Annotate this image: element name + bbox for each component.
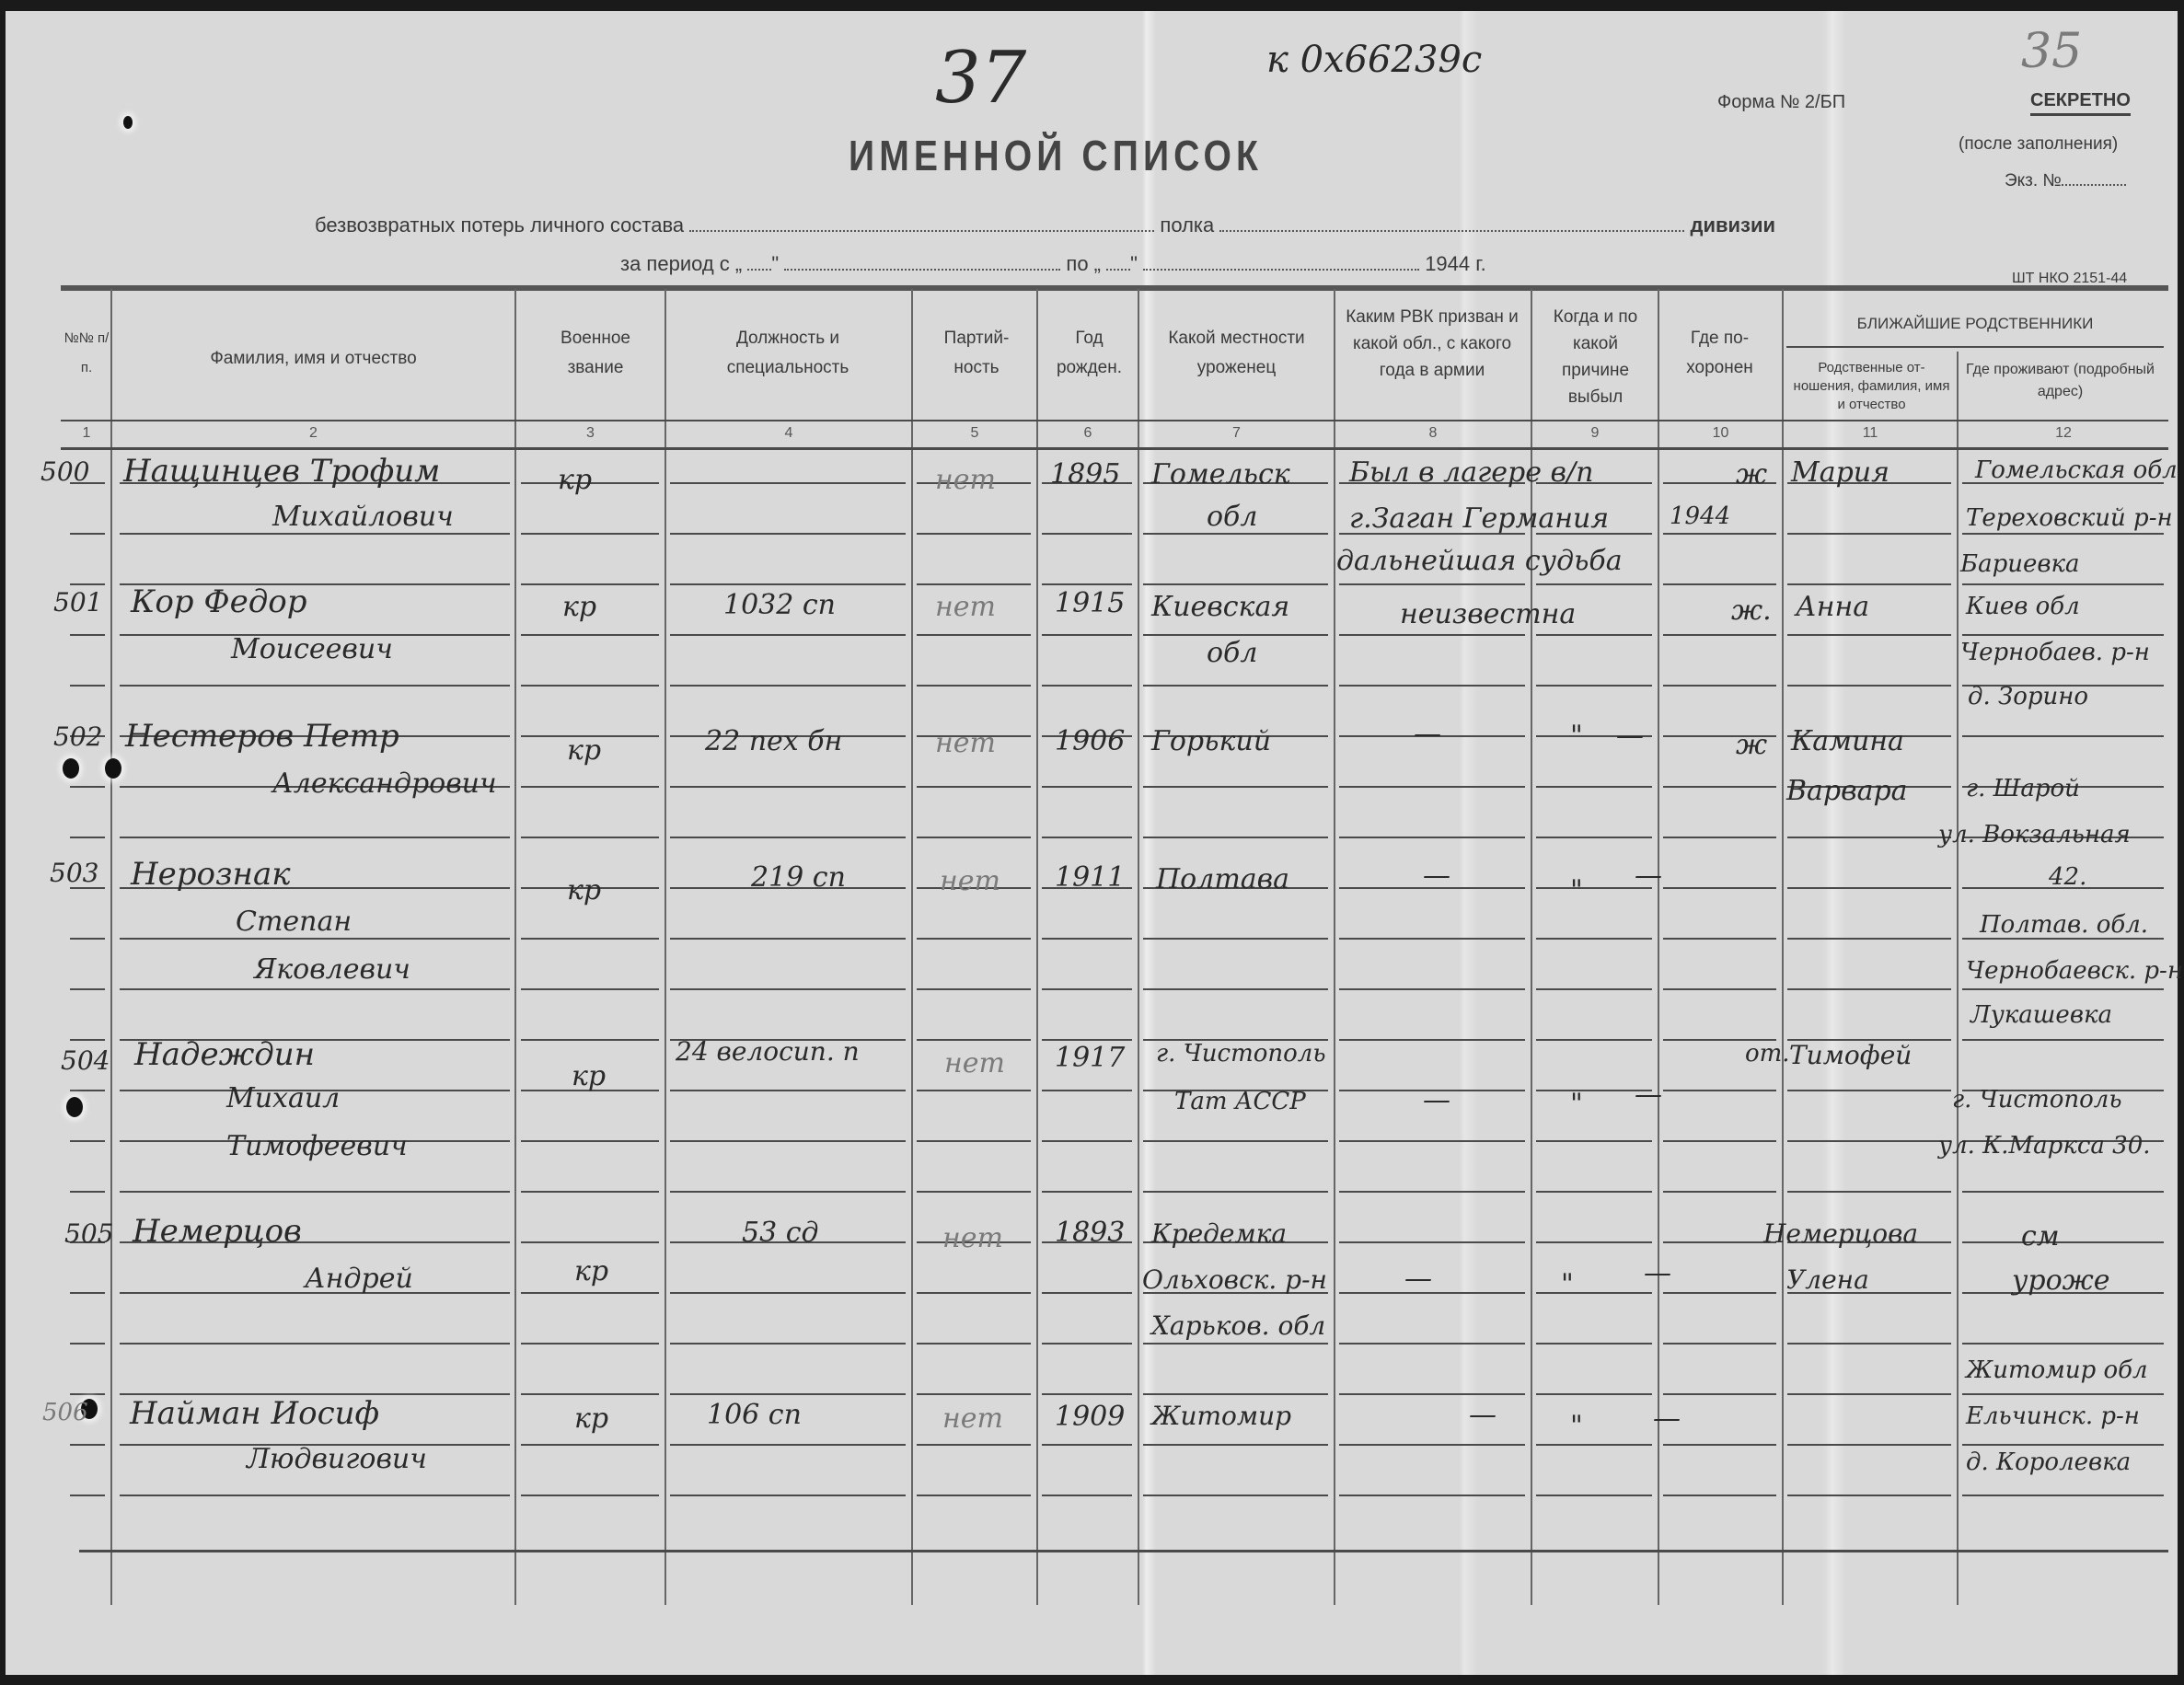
ruled-line xyxy=(917,1343,1031,1345)
ruled-line xyxy=(1536,1495,1652,1496)
ruled-line xyxy=(1042,837,1132,838)
row-patronymic: Александрович xyxy=(272,767,497,800)
ruled-line xyxy=(521,1495,659,1496)
col-header-11: Родственные от-ношения, фамилия, имя и о… xyxy=(1791,359,1952,414)
col-num-12: 12 xyxy=(1959,425,2168,442)
ruled-line xyxy=(1143,685,1328,687)
row-party: нет xyxy=(940,865,1000,897)
row-position: 53 сд xyxy=(742,1217,819,1249)
row-name: Найман Иосиф xyxy=(130,1395,379,1432)
relatives-group-header: БЛИЖАЙШИЕ РОДСТВЕННИКИ xyxy=(1786,309,2164,339)
row-relative-name: Тимофей xyxy=(1789,1040,1912,1070)
period-to-label: по „ xyxy=(1066,252,1101,275)
row-address: Чернобаев. р-н xyxy=(1960,639,2150,666)
row-rvk: — xyxy=(1414,718,1441,750)
row-address: д. Зорино xyxy=(1968,683,2088,710)
row-patronymic: Степан xyxy=(236,906,352,938)
ruled-line xyxy=(917,786,1031,788)
col-header-9: Когда и по какой причине выбыл xyxy=(1538,304,1653,410)
row-number: 503 xyxy=(50,858,98,888)
row-relation: ж xyxy=(1736,729,1767,761)
row-relation: ж xyxy=(1736,458,1767,490)
col-divider xyxy=(1334,289,1335,1605)
ruled-line xyxy=(1042,1444,1132,1446)
ruled-line xyxy=(1143,837,1328,838)
col-header-6: Год рожден. xyxy=(1046,324,1133,383)
row-address: уроже xyxy=(2012,1264,2110,1297)
col-header-5: Партий-ность xyxy=(926,324,1027,383)
ruled-line xyxy=(1787,583,1951,585)
ruled-line xyxy=(1339,1191,1525,1193)
ruled-line xyxy=(1962,1191,2164,1193)
ruled-line xyxy=(1143,786,1328,788)
ruled-line xyxy=(120,1191,510,1193)
row-address: Чернобаевск. р-н xyxy=(1966,957,2183,985)
ruled-line xyxy=(1962,1495,2164,1496)
row-birthplace: Житомир xyxy=(1151,1401,1291,1431)
row-address: Киев обл xyxy=(1966,593,2080,620)
row-birth-year: 1915 xyxy=(1055,587,1125,619)
ruled-line xyxy=(1536,1241,1652,1243)
ruled-line xyxy=(1787,533,1951,535)
ruled-line xyxy=(70,988,105,990)
ruled-line xyxy=(1962,533,2164,535)
ruled-line xyxy=(1787,1140,1951,1142)
col-divider xyxy=(664,289,666,1605)
ruled-line xyxy=(521,1393,659,1395)
row-when: " xyxy=(1570,1410,1583,1442)
ruled-line xyxy=(70,685,105,687)
row-relative-name: Камина xyxy=(1791,725,1904,757)
ruled-line xyxy=(1663,634,1776,636)
row-address: д. Королевка xyxy=(1966,1448,2131,1476)
ruled-line xyxy=(1663,1343,1776,1345)
ruled-line xyxy=(521,1191,659,1193)
ruled-line xyxy=(917,1090,1031,1091)
ruled-line xyxy=(1339,786,1525,788)
unit-field[interactable] xyxy=(689,230,1154,232)
archive-number-handwritten: 37 xyxy=(935,37,1026,120)
ruled-line xyxy=(1536,1444,1652,1446)
ruled-line xyxy=(1536,1039,1652,1041)
row-birthplace: Киевская xyxy=(1151,591,1289,623)
ruled-line xyxy=(917,583,1031,585)
punch-hole xyxy=(63,758,79,779)
regiment-label: полка xyxy=(1160,214,1214,237)
ruled-line xyxy=(1787,685,1951,687)
ruled-line xyxy=(1143,634,1328,636)
row-relative-name: Варвара xyxy=(1786,775,1908,807)
row-position: 22 пех бн xyxy=(705,725,842,757)
header-bottom-rule xyxy=(61,447,2168,450)
ruled-line xyxy=(1962,1343,2164,1345)
ruled-line xyxy=(670,583,906,585)
header-rule xyxy=(61,420,2168,421)
row-name: Кор Федор xyxy=(131,583,306,620)
ruled-line xyxy=(1536,786,1652,788)
division-label: дивизии xyxy=(1691,214,1776,237)
ruled-line xyxy=(521,1241,659,1243)
period-year: 1944 г. xyxy=(1425,252,1486,275)
ruled-line xyxy=(1536,938,1652,940)
ruled-line xyxy=(670,837,906,838)
ruled-line xyxy=(917,634,1031,636)
ruled-line xyxy=(670,1191,906,1193)
ruled-line xyxy=(1143,1343,1328,1345)
ruled-line xyxy=(1339,1495,1525,1496)
ruled-line xyxy=(1339,634,1525,636)
ruled-line xyxy=(1042,1140,1132,1142)
row-when: " xyxy=(1570,720,1583,752)
ruled-line xyxy=(521,634,659,636)
ruled-line xyxy=(1536,1140,1652,1142)
ruled-line xyxy=(1663,887,1776,889)
ruled-line xyxy=(1787,837,1951,838)
row-address: г. Шарой xyxy=(1966,775,2080,802)
ruled-line xyxy=(1962,1241,2164,1243)
relatives-group-rule xyxy=(1786,346,2164,348)
row-number: 500 xyxy=(40,456,89,487)
row-number: 506 xyxy=(42,1399,88,1426)
ruled-line xyxy=(1962,988,2164,990)
row-rvk: — xyxy=(1404,1263,1432,1295)
ruled-line xyxy=(1339,938,1525,940)
ruled-line xyxy=(521,786,659,788)
punch-hole xyxy=(66,1097,83,1117)
row-name: Нерознак xyxy=(131,856,291,893)
table-bottom-rule xyxy=(79,1550,2168,1552)
ruled-line xyxy=(1663,988,1776,990)
ruled-line xyxy=(670,1444,906,1446)
row-position: 1032 сп xyxy=(723,589,836,621)
row-when: " xyxy=(1570,874,1583,906)
ruled-line xyxy=(120,837,510,838)
ruled-line xyxy=(120,1495,510,1496)
row-rvk: — xyxy=(1423,1084,1450,1116)
ruled-line xyxy=(1042,1292,1132,1294)
ruled-line xyxy=(521,1292,659,1294)
punch-hole xyxy=(105,758,121,779)
copy-label: Экз. № xyxy=(2005,171,2126,191)
ruled-line xyxy=(1042,1343,1132,1345)
row-buried: — xyxy=(1644,1257,1671,1289)
row-name: Нащинцев Трофим xyxy=(123,453,440,490)
ruled-line xyxy=(1536,634,1652,636)
row-address: г. Чистополь xyxy=(1952,1086,2122,1114)
ruled-line xyxy=(521,1039,659,1041)
page-title: ИМЕННОЙ СПИСОК xyxy=(849,131,1263,180)
ruled-line xyxy=(70,837,105,838)
ruled-line xyxy=(1663,1191,1776,1193)
ruled-line xyxy=(1787,1343,1951,1345)
row-relative-name: Улена xyxy=(1786,1264,1869,1295)
ruled-line xyxy=(1536,685,1652,687)
row-relation: от. xyxy=(1745,1040,1790,1068)
row-rank: кр xyxy=(558,464,592,496)
ruled-line xyxy=(521,583,659,585)
ruled-line xyxy=(917,1191,1031,1193)
ruled-line xyxy=(1536,1191,1652,1193)
col-divider xyxy=(1782,289,1784,1605)
row-position: 219 сп xyxy=(751,861,846,894)
ruled-line xyxy=(1663,1393,1776,1395)
ruled-line xyxy=(1787,938,1951,940)
ruled-line xyxy=(1787,1191,1951,1193)
row-address: см xyxy=(2021,1220,2060,1252)
ruled-line xyxy=(521,685,659,687)
ruled-line xyxy=(1042,1393,1132,1395)
ruled-line xyxy=(670,1343,906,1345)
subtitle-losses-label: безвозвратных потерь личного состава xyxy=(315,214,684,237)
ruled-line xyxy=(917,1292,1031,1294)
row-address: Ельчинск. р-н xyxy=(1966,1402,2140,1430)
row-relation: ж. xyxy=(1731,594,1772,627)
ruled-line xyxy=(670,988,906,990)
row-party: нет xyxy=(942,1222,1003,1254)
ruled-line xyxy=(1143,583,1328,585)
secrecy-note: (после заполнения) xyxy=(1959,134,2118,155)
ruled-line xyxy=(1042,685,1132,687)
period-from-day-field[interactable] xyxy=(747,269,771,271)
period-to-day-field[interactable] xyxy=(1106,269,1130,271)
regiment-field[interactable] xyxy=(1219,230,1684,232)
row-relative-name: Анна xyxy=(1796,591,1869,623)
ruled-line xyxy=(670,1495,906,1496)
ruled-line xyxy=(1663,1241,1776,1243)
ruled-line xyxy=(1663,1090,1776,1091)
subtitle-row: безвозвратных потерь личного состава пол… xyxy=(315,214,1775,237)
row-birth-year: 1917 xyxy=(1055,1042,1125,1074)
ruled-line xyxy=(1962,634,2164,636)
ruled-line xyxy=(1143,533,1328,535)
ruled-line xyxy=(1042,786,1132,788)
row-rank: кр xyxy=(567,734,601,767)
ruled-line xyxy=(1042,938,1132,940)
ruled-line xyxy=(1663,1444,1776,1446)
ruled-line xyxy=(1536,1292,1652,1294)
form-label: Форма № 2/БП xyxy=(1717,92,1845,113)
col-header-1: №№ п/п. xyxy=(63,324,110,383)
row-rvk: — xyxy=(1469,1399,1496,1431)
table-top-rule xyxy=(61,285,2168,291)
ruled-line xyxy=(1339,1140,1525,1142)
ruled-line xyxy=(1962,735,2164,737)
row-rank: кр xyxy=(574,1255,608,1287)
ruled-line xyxy=(70,1393,105,1395)
row-patronymic: Людвигович xyxy=(247,1443,427,1475)
row-patronymic: Андрей xyxy=(305,1263,413,1295)
document-sheet: 37 к 0х66239с 35 Форма № 2/БП СЕКРЕТНО (… xyxy=(6,11,2178,1675)
row-buried: — xyxy=(1653,1402,1681,1435)
ruled-line xyxy=(1143,1191,1328,1193)
ruled-line xyxy=(917,988,1031,990)
ruled-line xyxy=(1339,1292,1525,1294)
ruled-line xyxy=(70,938,105,940)
ruled-line xyxy=(521,533,659,535)
page-number-handwritten: 35 xyxy=(2021,24,2082,79)
row-birthplace: обл xyxy=(1207,637,1257,669)
row-birth-year: 1893 xyxy=(1055,1217,1125,1249)
ruled-line xyxy=(1339,685,1525,687)
ruled-line xyxy=(917,1039,1031,1041)
row-party: нет xyxy=(944,1047,1005,1079)
row-address: 42. xyxy=(2049,863,2086,891)
row-address: Полтав. обл. xyxy=(1980,911,2148,939)
ruled-line xyxy=(1042,1090,1132,1091)
ruled-line xyxy=(917,1140,1031,1142)
col-num-11: 11 xyxy=(1784,425,1957,442)
row-patronymic: Михайлович xyxy=(272,501,454,533)
ruled-line xyxy=(1663,786,1776,788)
ruled-line xyxy=(70,583,105,585)
ruled-line xyxy=(670,1140,906,1142)
col-num-9: 9 xyxy=(1532,425,1658,442)
row-when-year: 1944 xyxy=(1670,502,1730,530)
ruled-line xyxy=(120,533,510,535)
ruled-line xyxy=(670,786,906,788)
row-address: Житомир обл xyxy=(1966,1356,2148,1384)
ruled-line xyxy=(1536,837,1652,838)
ruled-line xyxy=(670,1393,906,1395)
col-num-10: 10 xyxy=(1659,425,1782,442)
row-buried: — xyxy=(1616,720,1644,752)
row-birthplace: Гомельск xyxy=(1151,458,1290,490)
ruled-line xyxy=(70,1140,105,1142)
ruled-line xyxy=(1787,887,1951,889)
ruled-line xyxy=(1042,1039,1132,1041)
ruled-line xyxy=(1663,1292,1776,1294)
row-relative-name: Немерцова xyxy=(1763,1218,1918,1249)
ruled-line xyxy=(521,837,659,838)
ruled-line xyxy=(1042,533,1132,535)
ruled-line xyxy=(1787,1495,1951,1496)
row-number: 501 xyxy=(53,587,102,617)
ruled-line xyxy=(1962,1444,2164,1446)
ruled-line xyxy=(521,1444,659,1446)
col-header-8: Каким РВК призван и какой обл., с какого… xyxy=(1340,304,1524,384)
row-rvk-note: г.Заган Германия xyxy=(1349,502,1609,535)
row-patronymic: Тимофеевич xyxy=(226,1130,408,1162)
row-birthplace: Тат АССР xyxy=(1174,1088,1306,1115)
ruled-line xyxy=(1663,1140,1776,1142)
ruled-line xyxy=(670,938,906,940)
row-patronymic: Михаил xyxy=(226,1082,340,1114)
ruled-line xyxy=(1042,634,1132,636)
ruled-line xyxy=(521,1343,659,1345)
row-when: " xyxy=(1561,1268,1574,1300)
col-num-2: 2 xyxy=(112,425,514,442)
row-address: ул. Вокзальная xyxy=(1938,821,2131,848)
ruled-line xyxy=(670,685,906,687)
col-num-6: 6 xyxy=(1038,425,1138,442)
copy-number-field[interactable] xyxy=(2062,184,2126,186)
row-birth-year: 1911 xyxy=(1055,861,1125,894)
row-number: 504 xyxy=(61,1045,110,1076)
ruled-line xyxy=(1143,988,1328,990)
row-name: Немерцов xyxy=(133,1213,302,1250)
ruled-line xyxy=(120,685,510,687)
ruled-line xyxy=(917,1393,1031,1395)
col-header-12: Где проживают (подробный адрес) xyxy=(1961,359,2159,403)
ruled-line xyxy=(1339,1343,1525,1345)
row-rvk-note: Был в лагере в/п xyxy=(1349,456,1593,489)
ruled-line xyxy=(1536,1393,1652,1395)
ruled-line xyxy=(1962,1039,2164,1041)
row-address: ул. К.Маркса 30. xyxy=(1938,1132,2151,1160)
col-num-1: 1 xyxy=(63,425,110,442)
row-patronymic: Моисеевич xyxy=(231,633,393,665)
row-birth-year: 1909 xyxy=(1055,1401,1125,1433)
ruled-line xyxy=(670,482,906,484)
ruled-line xyxy=(1042,583,1132,585)
row-address: Лукашевка xyxy=(1970,1001,2112,1029)
col-num-3: 3 xyxy=(516,425,664,442)
ruled-line xyxy=(1787,1090,1951,1091)
row-address: Бариевка xyxy=(1960,550,2080,578)
row-birthplace: Горький xyxy=(1151,725,1271,757)
ruled-line xyxy=(70,1039,105,1041)
col-header-2: Фамилия, имя и отчество xyxy=(112,344,514,374)
ruled-line xyxy=(1663,1495,1776,1496)
row-when: " xyxy=(1570,1088,1583,1120)
col-divider xyxy=(1957,352,1959,1605)
ruled-line xyxy=(1143,1393,1328,1395)
col-divider xyxy=(110,289,112,1605)
ruled-line xyxy=(1663,938,1776,940)
row-birth-year: 1895 xyxy=(1050,458,1120,490)
row-party: нет xyxy=(935,591,996,623)
ruled-line xyxy=(1536,988,1652,990)
ruled-line xyxy=(1042,1495,1132,1496)
ruled-line xyxy=(1536,1343,1652,1345)
ruled-line xyxy=(70,533,105,535)
archive-code-handwritten: к 0х66239с xyxy=(1266,39,1482,81)
ruled-line xyxy=(917,938,1031,940)
row-party: нет xyxy=(935,727,996,759)
row-number: 505 xyxy=(64,1218,113,1249)
ruled-line xyxy=(1787,634,1951,636)
period-to-month-field[interactable] xyxy=(1143,269,1419,271)
ruled-line xyxy=(917,837,1031,838)
row-birth-year: 1906 xyxy=(1055,725,1125,757)
row-number: 502 xyxy=(53,721,102,752)
row-address: Гомельская обл xyxy=(1975,456,2178,484)
row-buried: — xyxy=(1635,860,1662,892)
ruled-line xyxy=(120,988,510,990)
row-rank: кр xyxy=(572,1060,606,1092)
ruled-line xyxy=(70,1191,105,1193)
ruled-line xyxy=(1339,1039,1525,1041)
period-from-month-field[interactable] xyxy=(784,269,1060,271)
ruled-line xyxy=(120,1343,510,1345)
row-position: 24 велосип. п xyxy=(676,1036,860,1067)
ruled-line xyxy=(1663,685,1776,687)
ruled-line xyxy=(521,938,659,940)
row-name: Нестеров Петр xyxy=(125,718,399,755)
row-patronymic: Яковлевич xyxy=(254,953,410,986)
row-position: 106 сп xyxy=(707,1399,802,1431)
ruled-line xyxy=(521,988,659,990)
period-from-label: за период с „ xyxy=(620,252,742,275)
ruled-line xyxy=(1663,837,1776,838)
ruled-line xyxy=(70,786,105,788)
col-header-3: Военное звание xyxy=(545,324,646,383)
ruled-line xyxy=(70,1090,105,1091)
copy-label-text: Экз. № xyxy=(2005,171,2062,190)
col-header-7: Какой местности уроженец xyxy=(1147,324,1326,383)
punch-hole xyxy=(123,116,133,129)
col-num-5: 5 xyxy=(913,425,1036,442)
